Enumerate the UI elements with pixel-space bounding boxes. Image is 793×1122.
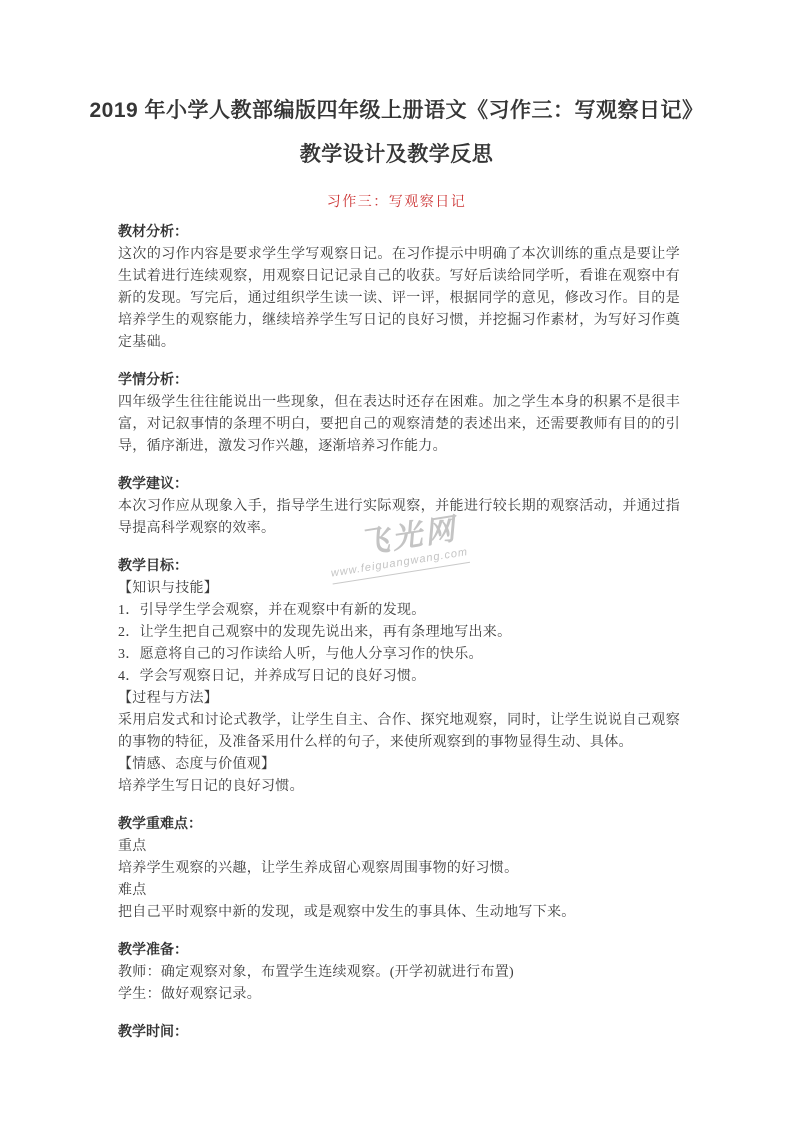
- section-learner-analysis: 学情分析： 四年级学生往往能说出一些现象，但在表达时还存在困难。加之学生本身的积…: [118, 370, 680, 458]
- goal-item-2: 2．让学生把自己观察中的发现先说出来，再有条理地写出来。: [118, 622, 680, 644]
- section-heading: 教材分析：: [118, 222, 680, 244]
- goal-subheading-emotion-values: 【情感、态度与价值观】: [118, 754, 680, 776]
- section-heading: 学情分析：: [118, 370, 680, 392]
- key-point-label: 重点: [118, 836, 680, 858]
- section-paragraph: 这次的习作内容是要求学生学写观察日记。在习作提示中明确了本次训练的重点是要让学生…: [118, 244, 680, 354]
- document-page: 2019 年小学人教部编版四年级上册语文《习作三：写观察日记》 教学设计及教学反…: [0, 0, 793, 1122]
- section-heading: 教学建议：: [118, 474, 680, 496]
- section-paragraph: 本次习作应从现象入手，指导学生进行实际观察，并能进行较长期的观察活动，并通过指导…: [118, 496, 680, 540]
- difficult-point-label: 难点: [118, 880, 680, 902]
- goal-emotion-paragraph: 培养学生写日记的良好习惯。: [118, 776, 680, 798]
- document-body: 教材分析： 这次的习作内容是要求学生学写观察日记。在习作提示中明确了本次训练的重…: [118, 222, 680, 1044]
- section-teaching-preparation: 教学准备： 教师：确定观察对象，布置学生连续观察。(开学初就进行布置) 学生：做…: [118, 940, 680, 1006]
- section-heading: 教学目标：: [118, 556, 680, 578]
- section-teaching-goals: 教学目标： 【知识与技能】 1．引导学生学会观察，并在观察中有新的发现。 2．让…: [118, 556, 680, 798]
- section-heading: 教学时间：: [118, 1022, 680, 1044]
- goal-subheading-process-method: 【过程与方法】: [118, 688, 680, 710]
- goal-process-paragraph: 采用启发式和讨论式教学，让学生自主、合作、探究地观察，同时，让学生说说自己观察的…: [118, 710, 680, 754]
- preparation-teacher: 教师：确定观察对象，布置学生连续观察。(开学初就进行布置): [118, 962, 680, 984]
- section-heading: 教学准备：: [118, 940, 680, 962]
- section-key-difficult-points: 教学重难点： 重点 培养学生观察的兴趣，让学生养成留心观察周围事物的好习惯。 难…: [118, 814, 680, 924]
- goal-item-4: 4．学会写观察日记，并养成写日记的良好习惯。: [118, 666, 680, 688]
- document-header: 2019 年小学人教部编版四年级上册语文《习作三：写观察日记》 教学设计及教学反…: [0, 0, 793, 166]
- goal-item-1: 1．引导学生学会观察，并在观察中有新的发现。: [118, 600, 680, 622]
- lesson-subtitle: 习作三：写观察日记: [0, 194, 793, 212]
- goal-subheading-knowledge-skills: 【知识与技能】: [118, 578, 680, 600]
- document-title-line-1: 2019 年小学人教部编版四年级上册语文《习作三：写观察日记》: [0, 100, 793, 122]
- section-teaching-time: 教学时间：: [118, 1022, 680, 1044]
- document-title-line-2: 教学设计及教学反思: [0, 144, 793, 166]
- goal-item-3: 3．愿意将自己的习作读给人听，与他人分享习作的快乐。: [118, 644, 680, 666]
- section-teaching-suggestions: 教学建议： 本次习作应从现象入手，指导学生进行实际观察，并能进行较长期的观察活动…: [118, 474, 680, 540]
- section-paragraph: 四年级学生往往能说出一些现象，但在表达时还存在困难。加之学生本身的积累不是很丰富…: [118, 392, 680, 458]
- section-heading: 教学重难点：: [118, 814, 680, 836]
- section-material-analysis: 教材分析： 这次的习作内容是要求学生学写观察日记。在习作提示中明确了本次训练的重…: [118, 222, 680, 354]
- key-point-text: 培养学生观察的兴趣，让学生养成留心观察周围事物的好习惯。: [118, 858, 680, 880]
- preparation-student: 学生：做好观察记录。: [118, 984, 680, 1006]
- difficult-point-text: 把自己平时观察中新的发现，或是观察中发生的事具体、生动地写下来。: [118, 902, 680, 924]
